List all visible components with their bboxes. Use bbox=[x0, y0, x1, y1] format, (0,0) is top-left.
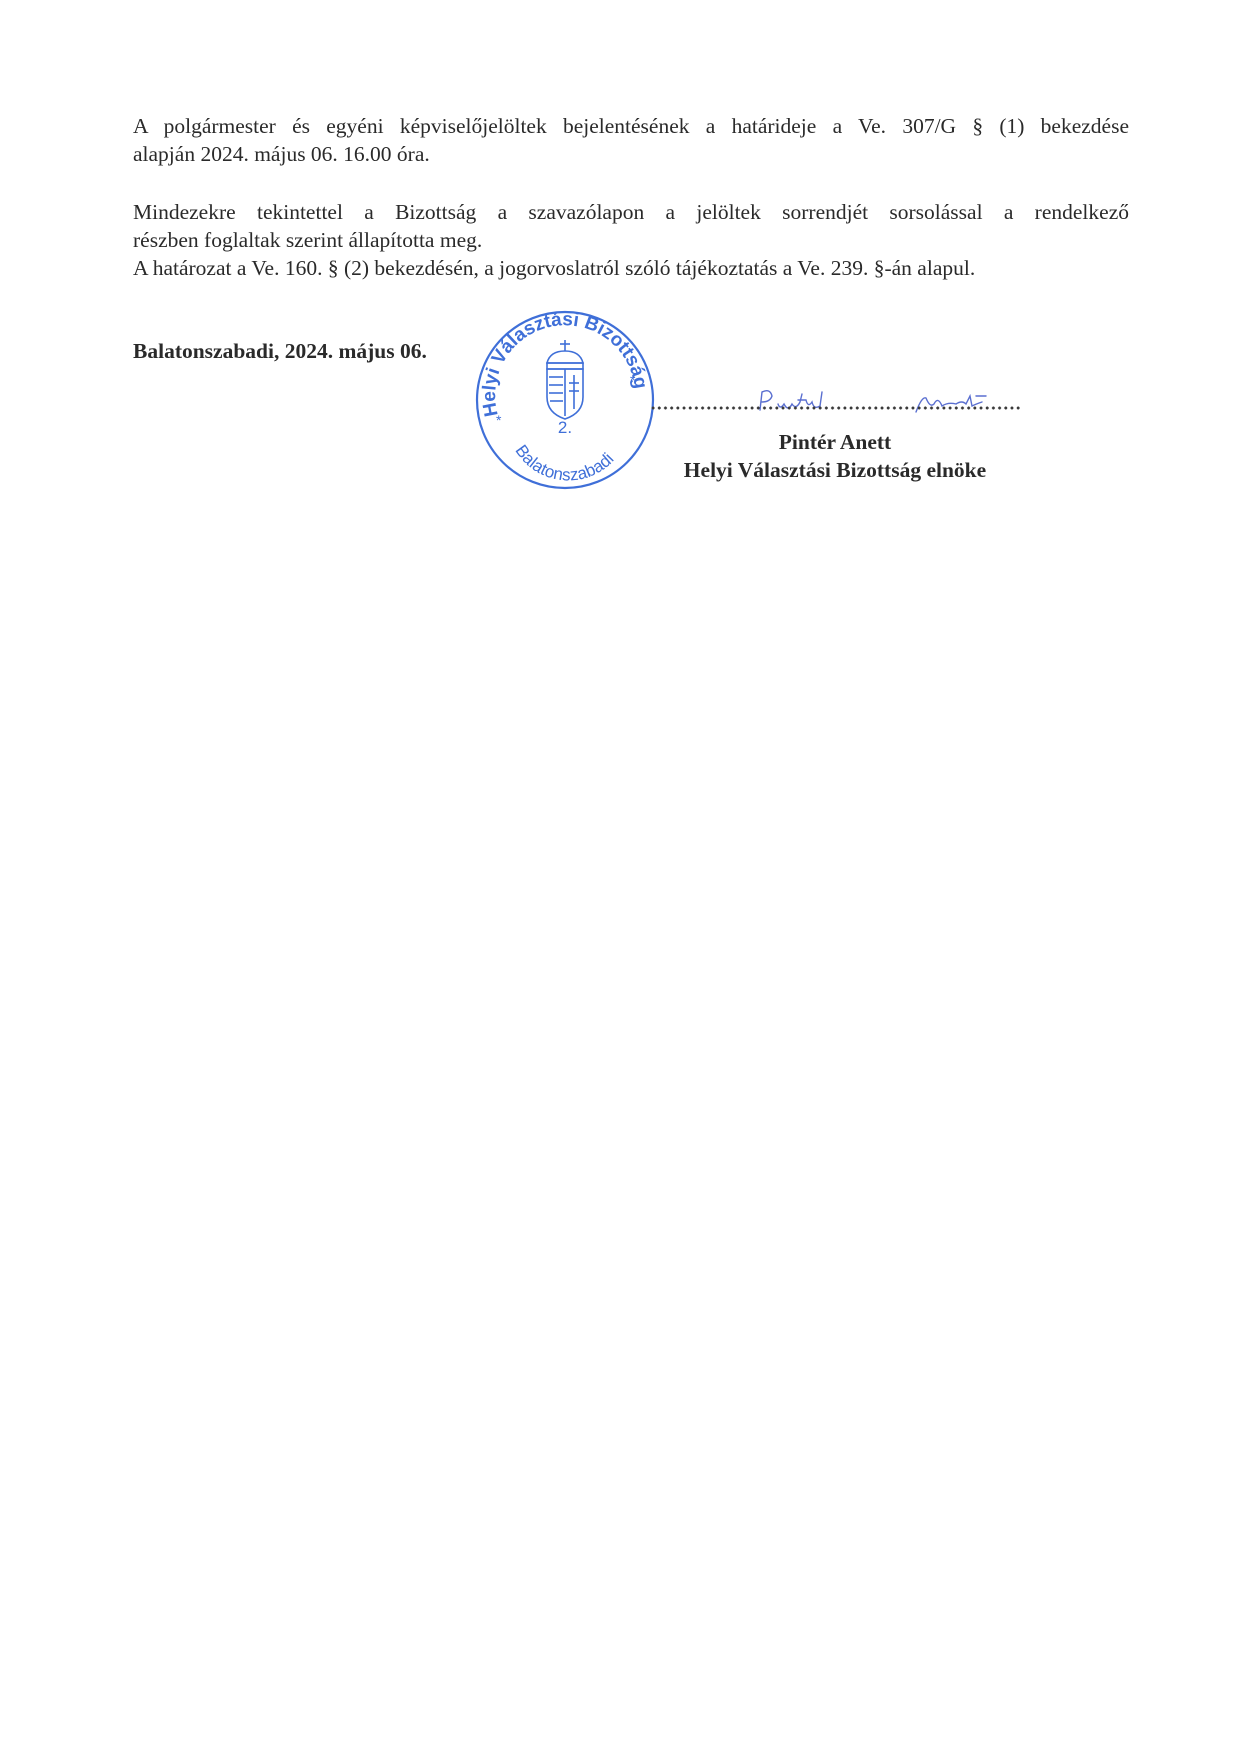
paragraph-line: alapján 2024. május 06. 16.00 óra. bbox=[133, 140, 1129, 168]
signer-title: Helyi Választási Bizottság elnöke bbox=[650, 456, 1020, 484]
handwritten-signature bbox=[750, 382, 1030, 422]
svg-text:*: * bbox=[496, 412, 502, 428]
place-and-date: Balatonszabadi, 2024. május 06. bbox=[133, 339, 427, 364]
legal-basis-paragraph: A határozat a Ve. 160. § (2) bekezdésén,… bbox=[133, 254, 1129, 282]
paragraph-line: Mindezekre tekintettel a Bizottság a sza… bbox=[133, 198, 1129, 226]
signature-line bbox=[650, 405, 1020, 411]
paragraph-line: A polgármester és egyéni képviselőjelölt… bbox=[133, 112, 1129, 140]
signer-name: Pintér Anett bbox=[650, 428, 1020, 456]
stamp-number: 2. bbox=[558, 418, 572, 437]
official-stamp-icon: Helyi Választási Bizottság Balatonszabad… bbox=[470, 305, 660, 495]
deadline-paragraph: A polgármester és egyéni képviselőjelölt… bbox=[133, 112, 1129, 168]
coat-of-arms-icon bbox=[547, 340, 583, 419]
stamp-bottom-text: Balatonszabadi bbox=[512, 441, 618, 484]
svg-text:Balatonszabadi: Balatonszabadi bbox=[512, 441, 618, 484]
decision-paragraph: Mindezekre tekintettel a Bizottság a sza… bbox=[133, 198, 1129, 254]
svg-text:*: * bbox=[630, 372, 636, 388]
paragraph-line: részben foglaltak szerint állapította me… bbox=[133, 226, 1129, 254]
paragraph-line: A határozat a Ve. 160. § (2) bekezdésén,… bbox=[133, 254, 1129, 282]
